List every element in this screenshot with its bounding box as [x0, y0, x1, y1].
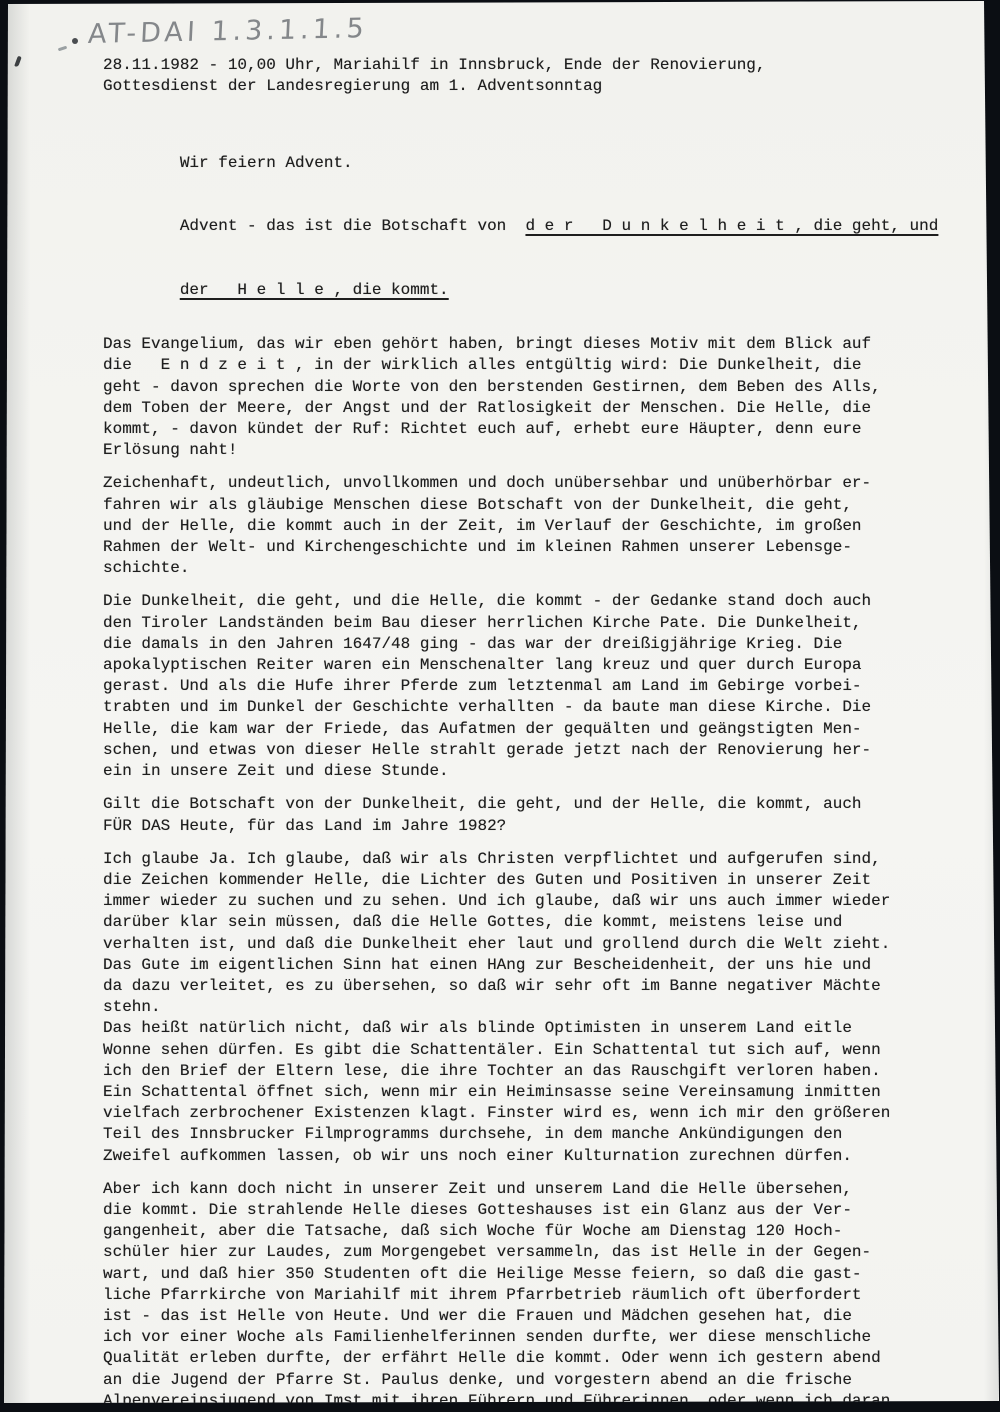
advent-line-3: der H e l l e , die kommt. [103, 259, 943, 323]
document-header: 28.11.1982 - 10,00 Uhr, Mariahilf in Inn… [103, 55, 943, 97]
advent-line2-plain: Advent - das ist die Botschaft von [180, 217, 526, 235]
paragraph-evangelium: Das Evangelium, das wir eben gehört habe… [103, 334, 943, 461]
advent-line-1: Wir feiern Advent. [103, 131, 943, 195]
paragraph-frage-1982: Gilt die Botschaft von der Dunkelheit, d… [103, 794, 943, 836]
pencil-mark [58, 46, 67, 52]
paragraph-ich-glaube: Ich glaube Ja. Ich glaube, daß wir als C… [103, 849, 943, 1019]
paragraph-kirchenbau: Die Dunkelheit, die geht, und die Helle,… [103, 591, 943, 782]
archival-reference-handwritten: AT-DAI 1.3.1.1.5 [87, 13, 368, 50]
advent-line1-text: Wir feiern Advent. [180, 154, 353, 172]
paragraph-zeichenhaft: Zeichenhaft, undeutlich, unvollkommen un… [103, 473, 943, 579]
advent-intro: Wir feiern Advent. Advent - das ist die … [103, 131, 943, 322]
paragraph-helle-heute: Aber ich kann doch nicht in unserer Zeit… [103, 1179, 943, 1412]
advent-line2-underlined: d e r D u n k e l h e i t , die geht, un… [525, 217, 938, 235]
advent-line-2: Advent - das ist die Botschaft von d e r… [103, 195, 943, 259]
advent-line3-underlined: der H e l l e , die kommt. [180, 281, 449, 299]
paragraph-schattentaeler: Das heißt natürlich nicht, daß wir als b… [103, 1018, 943, 1166]
pencil-mark [14, 56, 22, 68]
pencil-mark [72, 38, 78, 44]
typewritten-content: 28.11.1982 - 10,00 Uhr, Mariahilf in Inn… [103, 55, 943, 1412]
document-page: AT-DAI 1.3.1.1.5 28.11.1982 - 10,00 Uhr,… [0, 0, 1000, 1412]
